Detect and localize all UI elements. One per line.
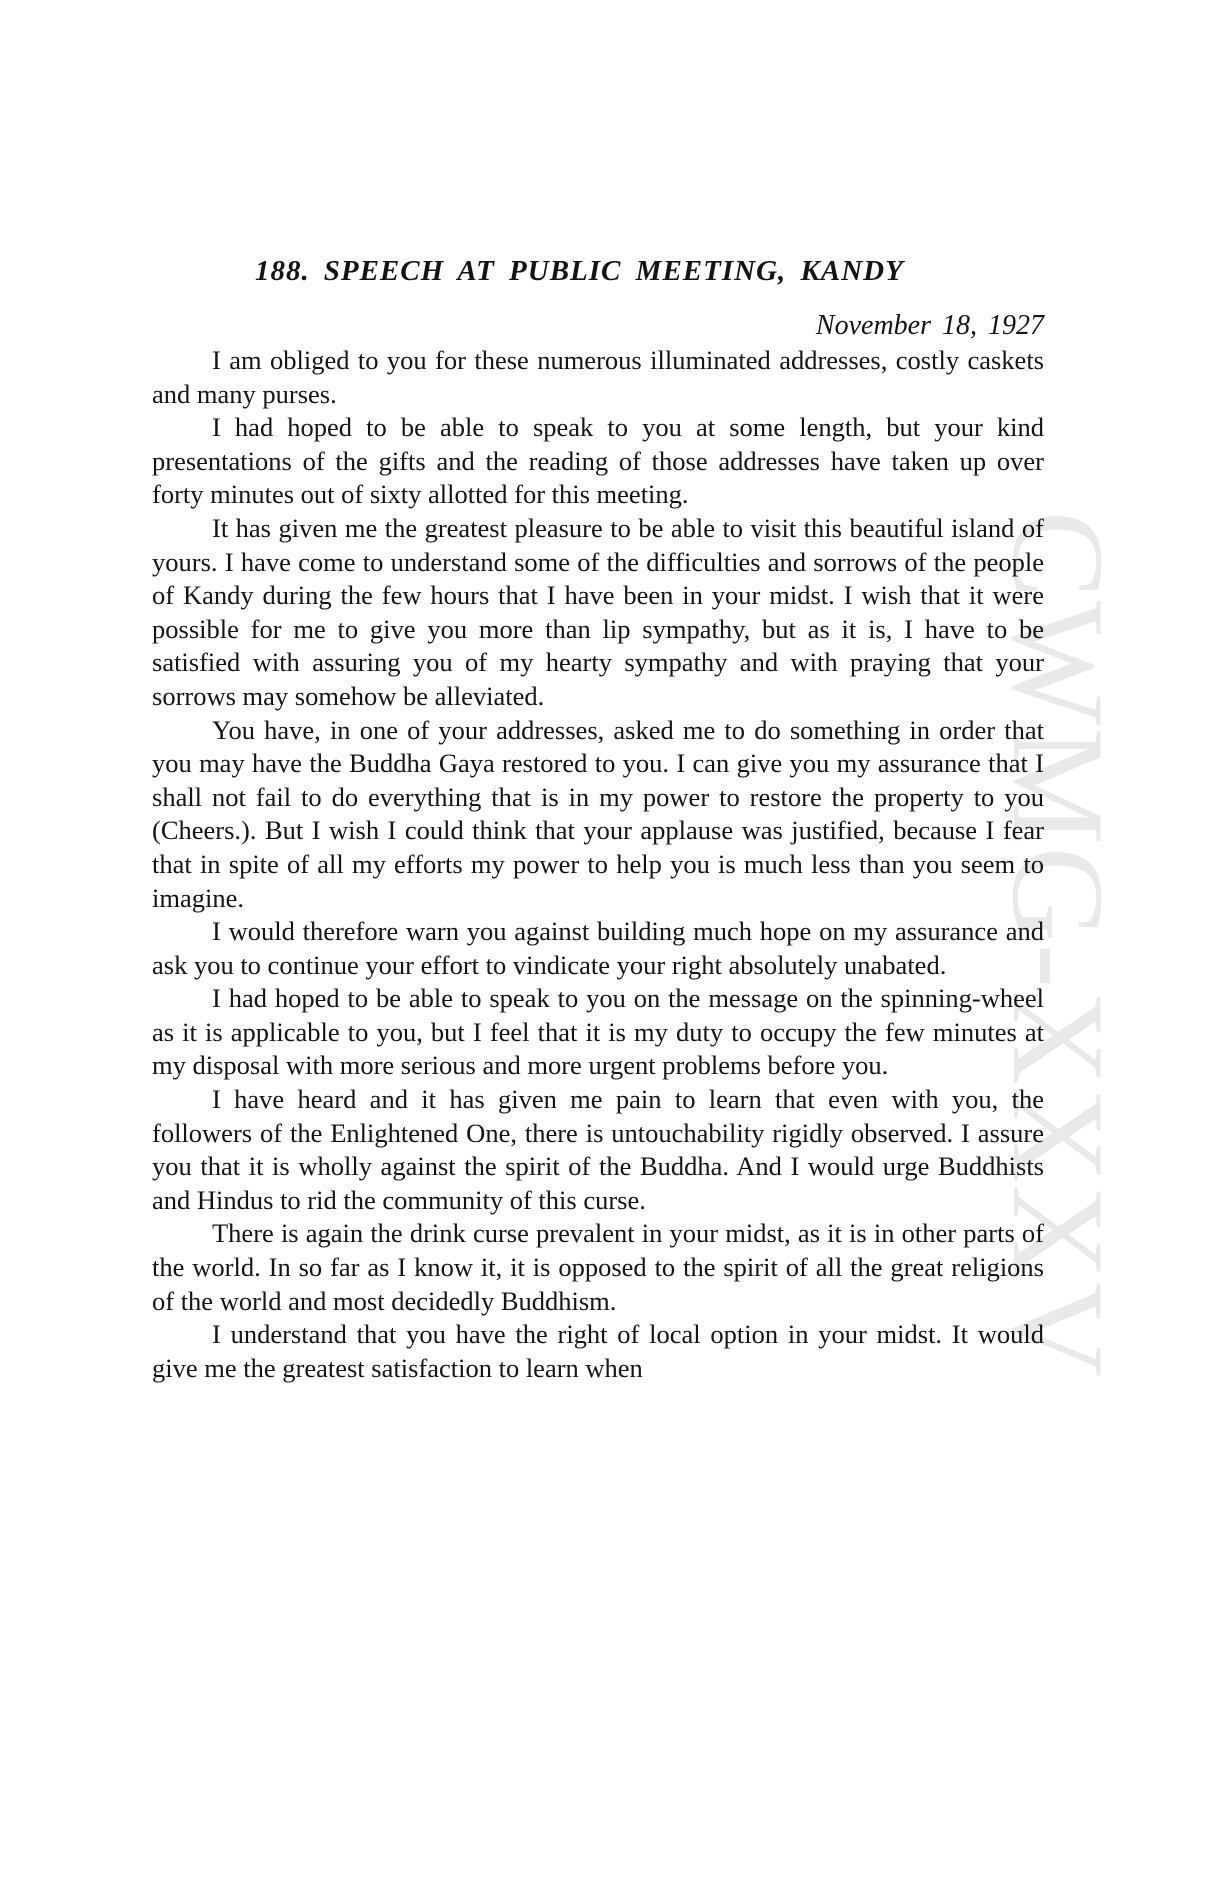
paragraph: It has given me the greatest pleasure to… xyxy=(152,512,1044,714)
paragraph: I understand that you have the right of … xyxy=(152,1318,1044,1385)
document-number: 188. xyxy=(255,255,310,287)
document-heading: 188.SPEECH AT PUBLIC MEETING, KANDY xyxy=(255,252,1044,290)
paragraph: There is again the drink curse prevalent… xyxy=(152,1217,1044,1318)
document-date: November 18, 1927 xyxy=(152,308,1044,344)
document-page: 188.SPEECH AT PUBLIC MEETING, KANDY Nove… xyxy=(152,252,1044,1385)
document-title: SPEECH AT PUBLIC MEETING, KANDY xyxy=(324,255,904,287)
paragraph: I would therefore warn you against build… xyxy=(152,915,1044,982)
paragraph: I had hoped to be able to speak to you o… xyxy=(152,982,1044,1083)
paragraph: I have heard and it has given me pain to… xyxy=(152,1083,1044,1217)
paragraph: I am obliged to you for these numerous i… xyxy=(152,344,1044,411)
paragraph: You have, in one of your addresses, aske… xyxy=(152,714,1044,916)
document-body: I am obliged to you for these numerous i… xyxy=(152,344,1044,1385)
paragraph: I had hoped to be able to speak to you a… xyxy=(152,411,1044,512)
